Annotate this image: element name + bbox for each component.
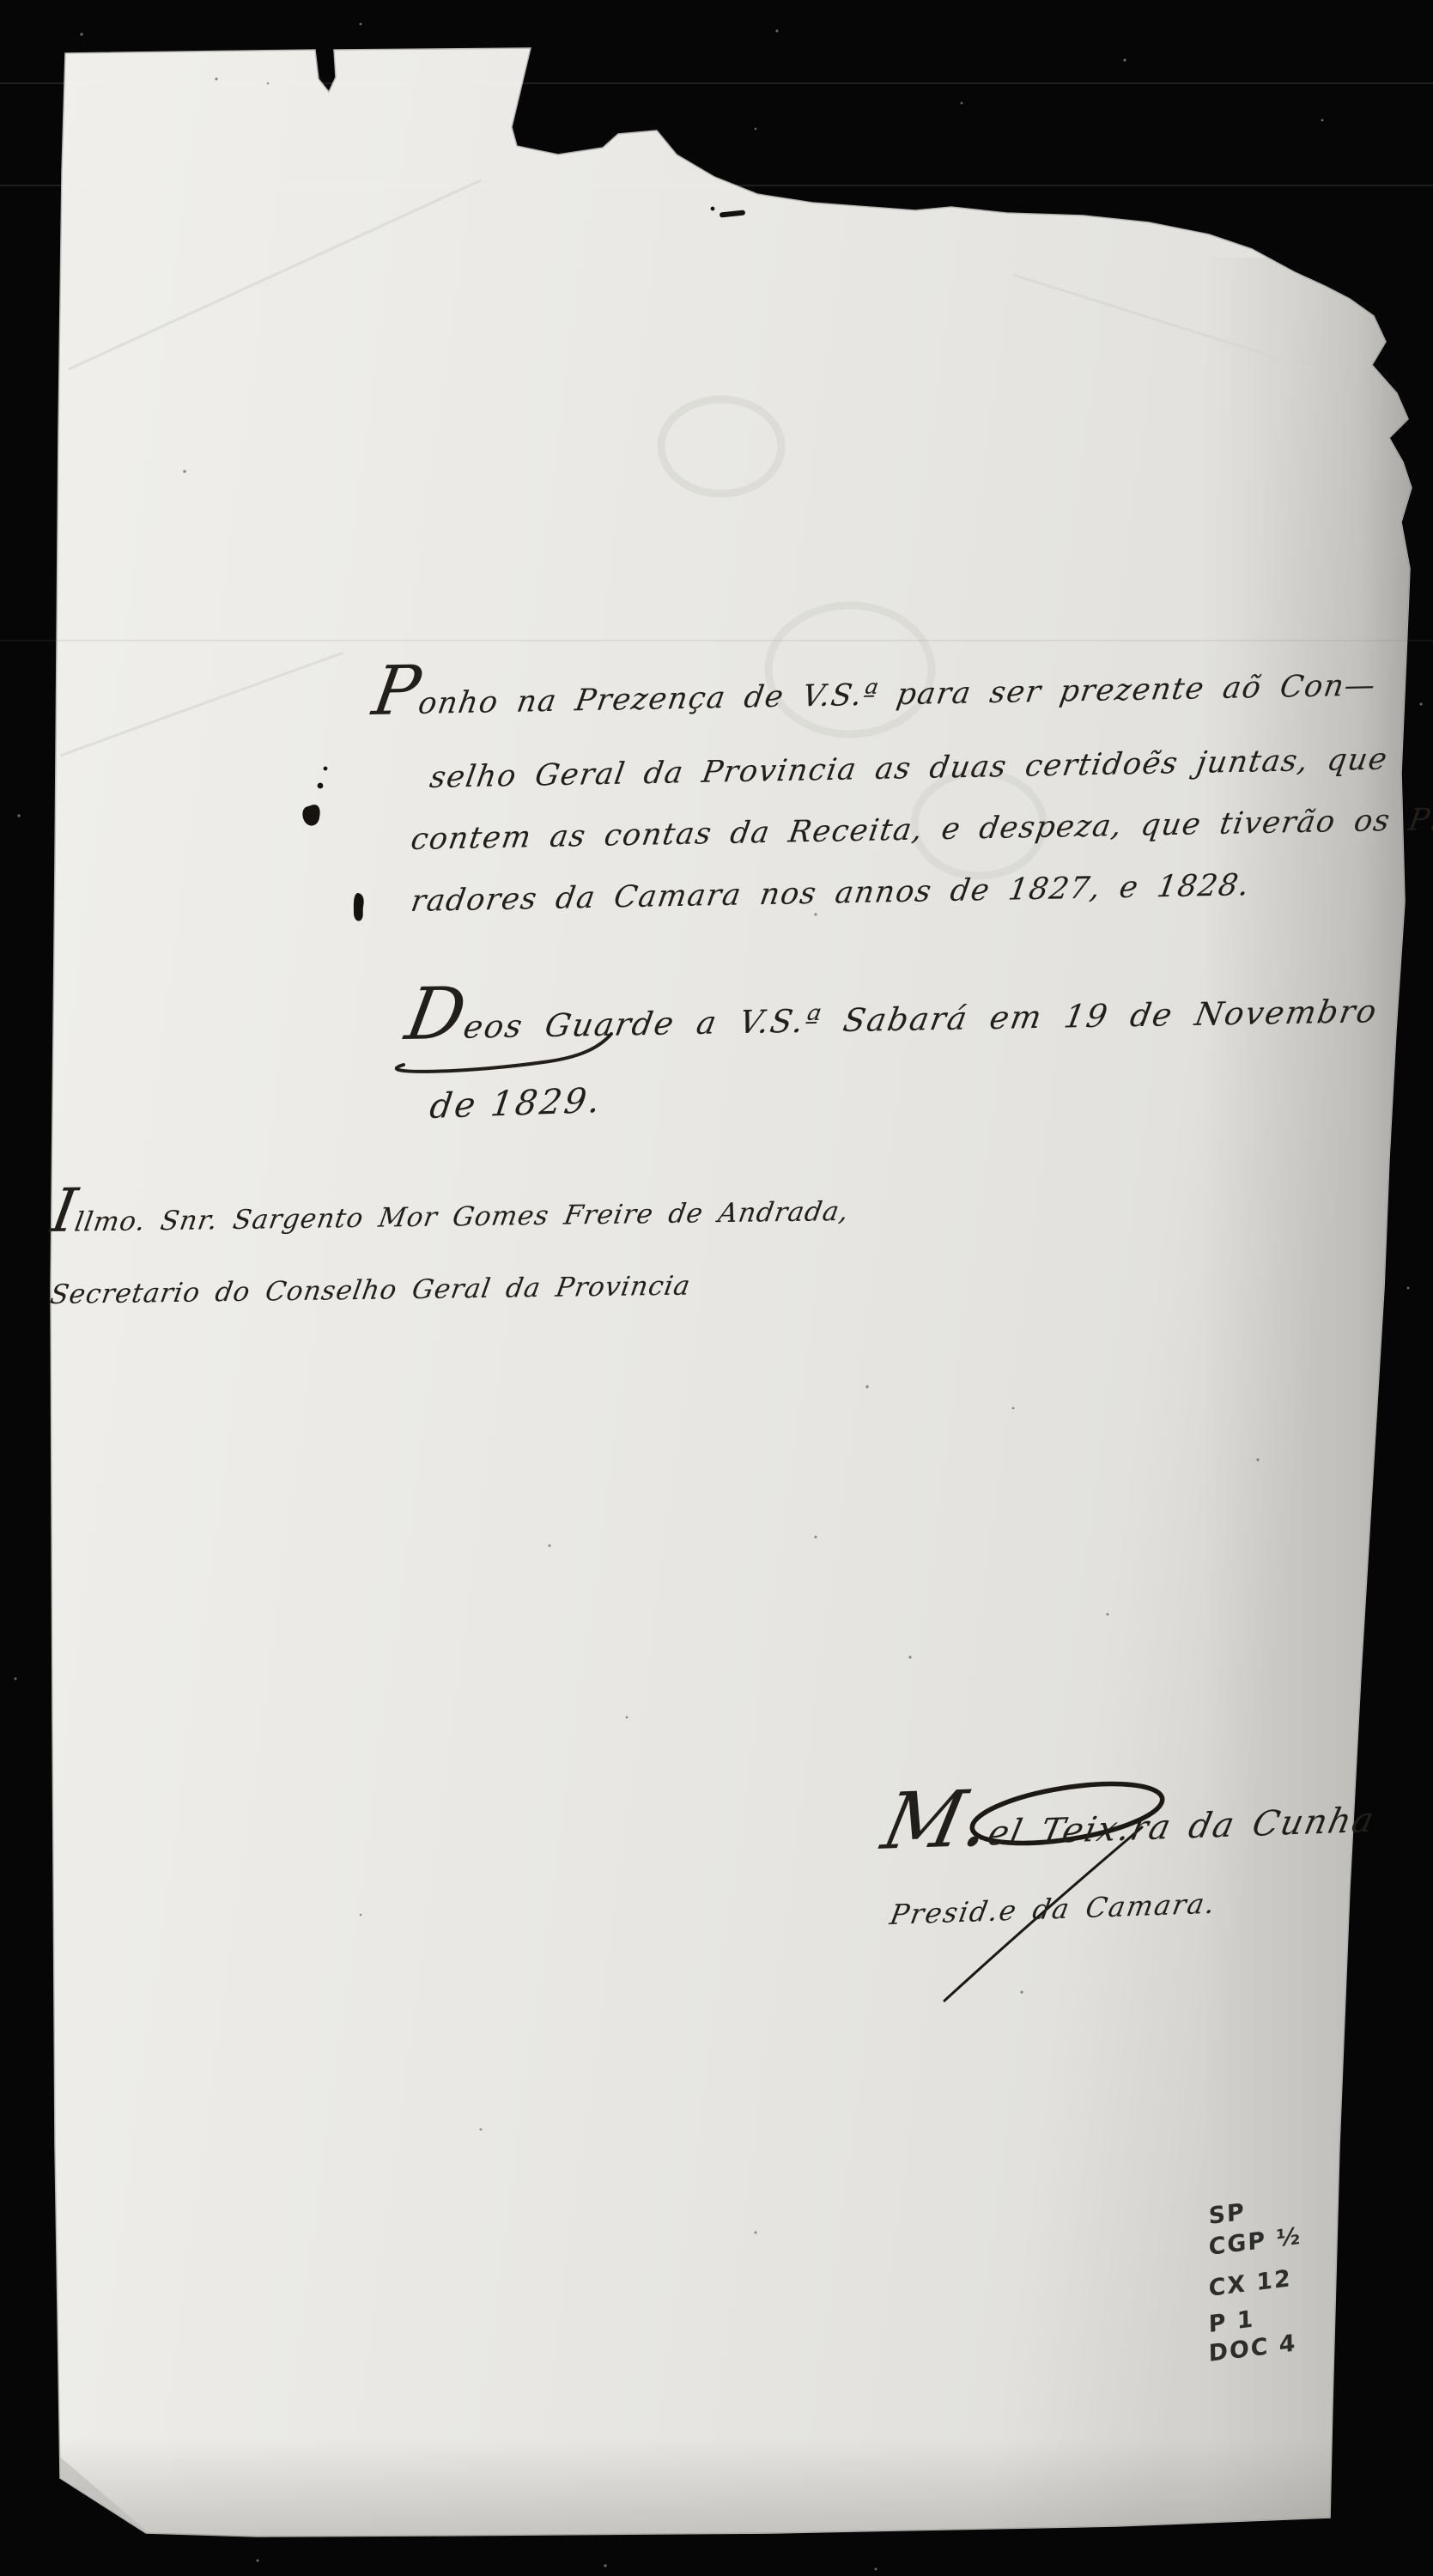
- scanned-document-page: Ponho na Prezença de V.S.ª para ser prez…: [0, 0, 1433, 2576]
- ink-dot-2: [324, 767, 328, 771]
- ink-blot-comma: [354, 893, 364, 921]
- valediction-line-2: de 1829.: [428, 1083, 604, 1125]
- ink-dash-dot: [711, 207, 715, 211]
- paper-bottom-shading: [47, 2439, 1421, 2542]
- archival-note-line-1: SP: [1208, 2199, 1245, 2230]
- ink-dot-1: [318, 783, 324, 789]
- archival-note-line-4: P 1: [1208, 2306, 1254, 2338]
